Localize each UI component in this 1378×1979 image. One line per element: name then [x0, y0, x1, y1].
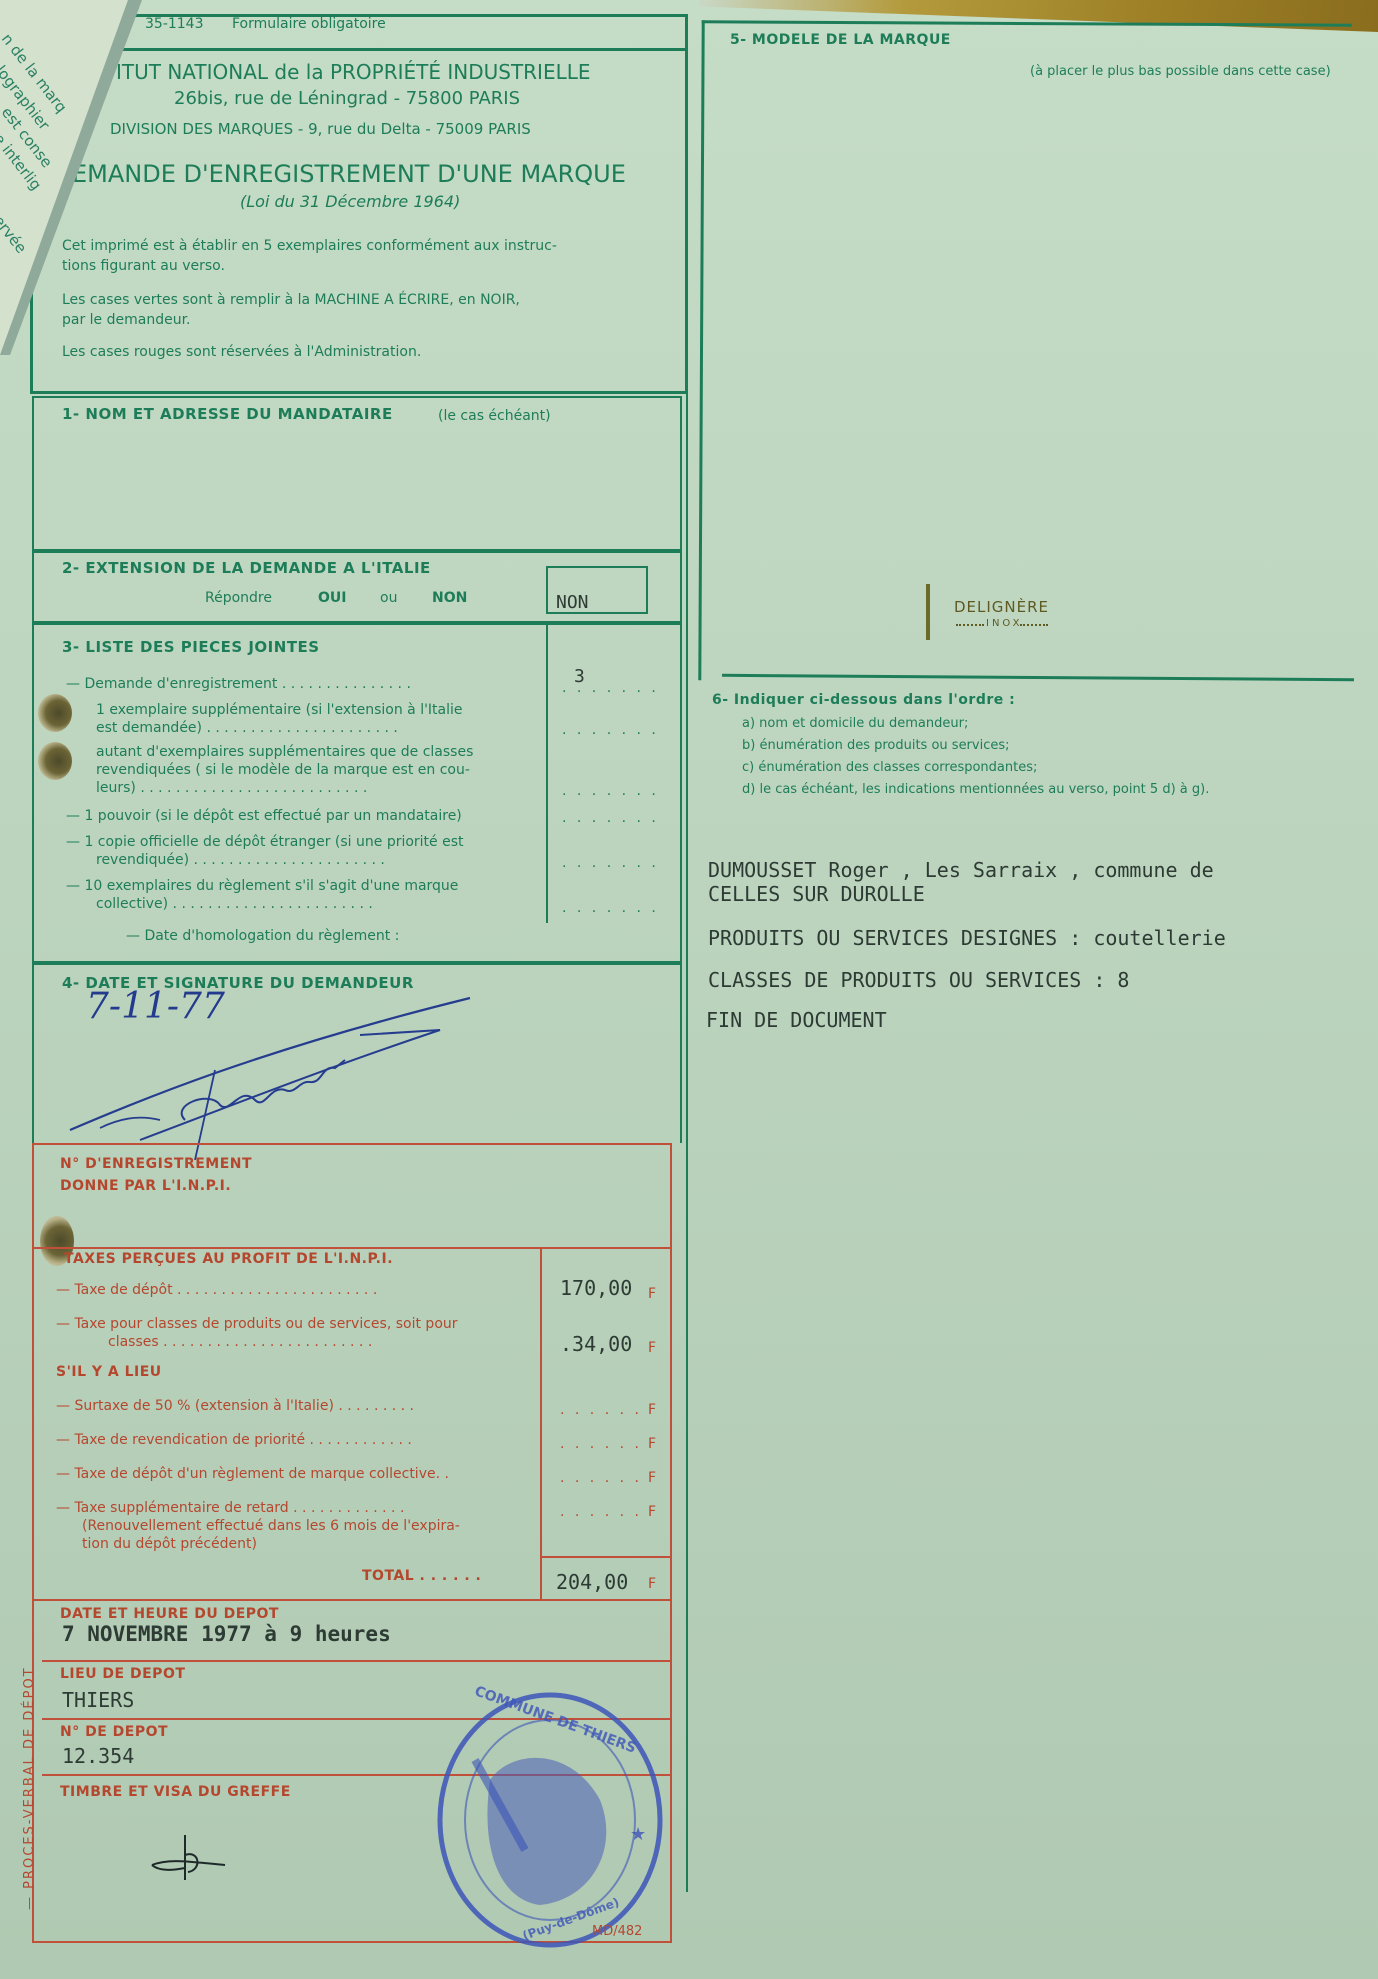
italy-answer-value: NON	[556, 592, 589, 613]
tax-value[interactable]: .34,00	[560, 1332, 632, 1356]
section-3-column-divider	[546, 623, 548, 923]
total-label: TOTAL . . . . . .	[362, 1568, 481, 1584]
taxes-column-divider	[540, 1247, 542, 1599]
section-2-prompt: Répondre	[205, 590, 272, 606]
tax-unit: F	[648, 1470, 656, 1486]
attachment-count-dots[interactable]: . . . . . . .	[562, 810, 659, 826]
attachment-item: 1 exemplaire supplémentaire (si l'extens…	[96, 702, 463, 718]
attachment-item: — Demande d'enregistrement . . . . . . .…	[66, 676, 411, 692]
option-or: ou	[380, 590, 397, 606]
section-1-note: (le cas échéant)	[438, 408, 551, 424]
attachment-item: est demandée) . . . . . . . . . . . . . …	[96, 720, 398, 736]
attachment-item: revendiquée) . . . . . . . . . . . . . .…	[96, 852, 385, 868]
division-address: DIVISION DES MARQUES - 9, rue du Delta -…	[110, 120, 531, 138]
institute-name: ITUT NATIONAL de la PROPRIÉTÉ INDUSTRIEL…	[116, 60, 591, 84]
admin-divider	[32, 1247, 672, 1249]
tax-line: — Taxe pour classes de produits ou de se…	[56, 1316, 458, 1332]
deposit-place-label: LIEU DE DEPOT	[60, 1666, 185, 1682]
section-6-item: c) énumération des classes correspondant…	[742, 760, 1037, 775]
instruction-line: Les cases rouges sont réservées à l'Admi…	[62, 344, 421, 360]
applicant-commune[interactable]: CELLES SUR DUROLLE	[708, 882, 925, 906]
clerk-initials	[140, 1830, 230, 1890]
section-6-item: a) nom et domicile du demandeur;	[742, 716, 968, 731]
optional-tax-line: — Taxe supplémentaire de retard . . . . …	[56, 1500, 404, 1516]
proces-verbal-label: — PROCES-VERBAL DE DÉPOT	[22, 1666, 37, 1910]
tax-unit: F	[648, 1402, 656, 1418]
total-value[interactable]: 204,00	[556, 1570, 628, 1594]
section-2-label: 2- EXTENSION DE LA DEMANDE A L'ITALIE	[62, 559, 431, 577]
mandatory-label: Formulaire obligatoire	[232, 16, 386, 32]
registration-number-label-2: DONNE PAR L'I.N.P.I.	[60, 1178, 231, 1194]
law-reference: (Loi du 31 Décembre 1964)	[240, 192, 460, 211]
optional-tax-value[interactable]: . . . . . .	[560, 1504, 642, 1520]
punch-hole	[38, 694, 72, 732]
tax-unit: F	[648, 1504, 656, 1520]
optional-tax-value[interactable]: . . . . . .	[560, 1470, 642, 1486]
admin-divider	[32, 1599, 672, 1601]
homologation-date-label: — Date d'homologation du règlement :	[126, 928, 399, 944]
section-6-item: d) le cas échéant, les indications menti…	[742, 782, 1209, 797]
section-5-box[interactable]	[698, 20, 1351, 683]
optional-tax-line: — Taxe de dépôt d'un règlement de marque…	[56, 1466, 449, 1482]
option-non: NON	[432, 590, 467, 606]
attachment-count-dots[interactable]: . . . . . . .	[562, 783, 659, 799]
header-divider	[30, 48, 688, 51]
tax-unit: F	[648, 1436, 656, 1452]
punch-hole	[38, 742, 72, 780]
attachment-count-dots[interactable]: . . . . . . .	[562, 855, 659, 871]
attachment-item: collective) . . . . . . . . . . . . . . …	[96, 896, 373, 912]
option-oui: OUI	[318, 590, 346, 606]
tax-line: — Taxe de dépôt . . . . . . . . . . . . …	[56, 1282, 377, 1298]
product-classes[interactable]: CLASSES DE PRODUITS OU SERVICES : 8	[708, 968, 1129, 992]
deposit-date-value[interactable]: 7 NOVEMBRE 1977 à 9 heures	[62, 1622, 391, 1646]
attachment-item: autant d'exemplaires supplémentaires que…	[96, 744, 473, 760]
deposit-place-value[interactable]: THIERS	[62, 1688, 134, 1712]
form-code: 35-1143	[145, 16, 204, 32]
attachment-item: — 10 exemplaires du règlement s'il s'agi…	[66, 878, 458, 894]
optional-tax-line: — Taxe de revendication de priorité . . …	[56, 1432, 412, 1448]
optional-tax-value[interactable]: . . . . . .	[560, 1402, 642, 1418]
admin-divider	[42, 1660, 672, 1662]
optional-tax-value[interactable]: . . . . . .	[560, 1436, 642, 1452]
instruction-line: Cet imprimé est à établir en 5 exemplair…	[62, 238, 557, 254]
right-column-border	[686, 22, 688, 1892]
registration-number-label: N° D'ENREGISTREMENT	[60, 1156, 252, 1172]
attachment-count-dots[interactable]: . . . . . . .	[562, 722, 659, 738]
attachment-count-dots[interactable]: . . . . . . .	[562, 900, 659, 916]
section-6-item: b) énumération des produits ou services;	[742, 738, 1010, 753]
svg-text:★: ★	[630, 1824, 646, 1845]
applicant-signature	[60, 990, 480, 1160]
form-reference: MD/482	[592, 1924, 642, 1939]
tax-line-continued: classes . . . . . . . . . . . . . . . . …	[108, 1334, 372, 1350]
optional-tax-line-continued: (Renouvellement effectué dans les 6 mois…	[82, 1518, 460, 1534]
stamp-visa-label: TIMBRE ET VISA DU GREFFE	[60, 1784, 291, 1800]
section-5-label: 5- MODELE DE LA MARQUE	[730, 32, 951, 48]
optional-tax-line-continued: tion du dépôt précédent)	[82, 1536, 257, 1552]
applicant-name-address[interactable]: DUMOUSSET Roger , Les Sarraix , commune …	[708, 858, 1214, 882]
total-unit: F	[648, 1576, 656, 1592]
attachment-count-dots: . . . . . . .	[562, 680, 659, 696]
tax-unit: F	[648, 1286, 656, 1302]
tax-unit: F	[648, 1340, 656, 1356]
optional-tax-line: — Surtaxe de 50 % (extension à l'Italie)…	[56, 1398, 414, 1414]
trademark-wave-right	[1020, 624, 1048, 626]
instruction-line: Les cases vertes sont à remplir à la MAC…	[62, 292, 520, 308]
trademark-name: DELIGNÈRE	[954, 598, 1049, 616]
attachment-item: — 1 copie officielle de dépôt étranger (…	[66, 834, 464, 850]
designated-products[interactable]: PRODUITS OU SERVICES DESIGNES : coutelle…	[708, 926, 1226, 950]
deposit-date-label: DATE ET HEURE DU DEPOT	[60, 1606, 279, 1622]
total-divider	[540, 1556, 672, 1558]
trademark-sub: INOX	[986, 618, 1023, 629]
institute-address: 26bis, rue de Léningrad - 75800 PARIS	[174, 88, 520, 109]
section-5-note: (à placer le plus bas possible dans cett…	[1030, 64, 1331, 79]
trademark-wave-left	[956, 624, 984, 626]
deposit-number-label: N° DE DEPOT	[60, 1724, 168, 1740]
section-6-label: 6- Indiquer ci-dessous dans l'ordre :	[712, 692, 1015, 708]
instruction-line: par le demandeur.	[62, 312, 191, 328]
attachment-item: — 1 pouvoir (si le dépôt est effectué pa…	[66, 808, 462, 824]
section-3-label: 3- LISTE DES PIECES JOINTES	[62, 638, 320, 656]
if-applicable-label: S'IL Y A LIEU	[56, 1364, 162, 1380]
attachment-item: revendiquées ( si le modèle de la marque…	[96, 762, 470, 778]
attachment-item: leurs) . . . . . . . . . . . . . . . . .…	[96, 780, 367, 796]
trademark-mark	[926, 584, 930, 640]
taxes-title: TAXES PERÇUES AU PROFIT DE L'I.N.P.I.	[64, 1251, 393, 1267]
instruction-line: tions figurant au verso.	[62, 258, 225, 274]
section-1-label: 1- NOM ET ADRESSE DU MANDATAIRE	[62, 405, 393, 423]
end-of-document: FIN DE DOCUMENT	[706, 1008, 887, 1032]
page-title: EMANDE D'ENREGISTREMENT D'UNE MARQUE	[72, 160, 626, 188]
deposit-number-value[interactable]: 12.354	[62, 1744, 134, 1768]
tax-value[interactable]: 170,00	[560, 1276, 632, 1300]
